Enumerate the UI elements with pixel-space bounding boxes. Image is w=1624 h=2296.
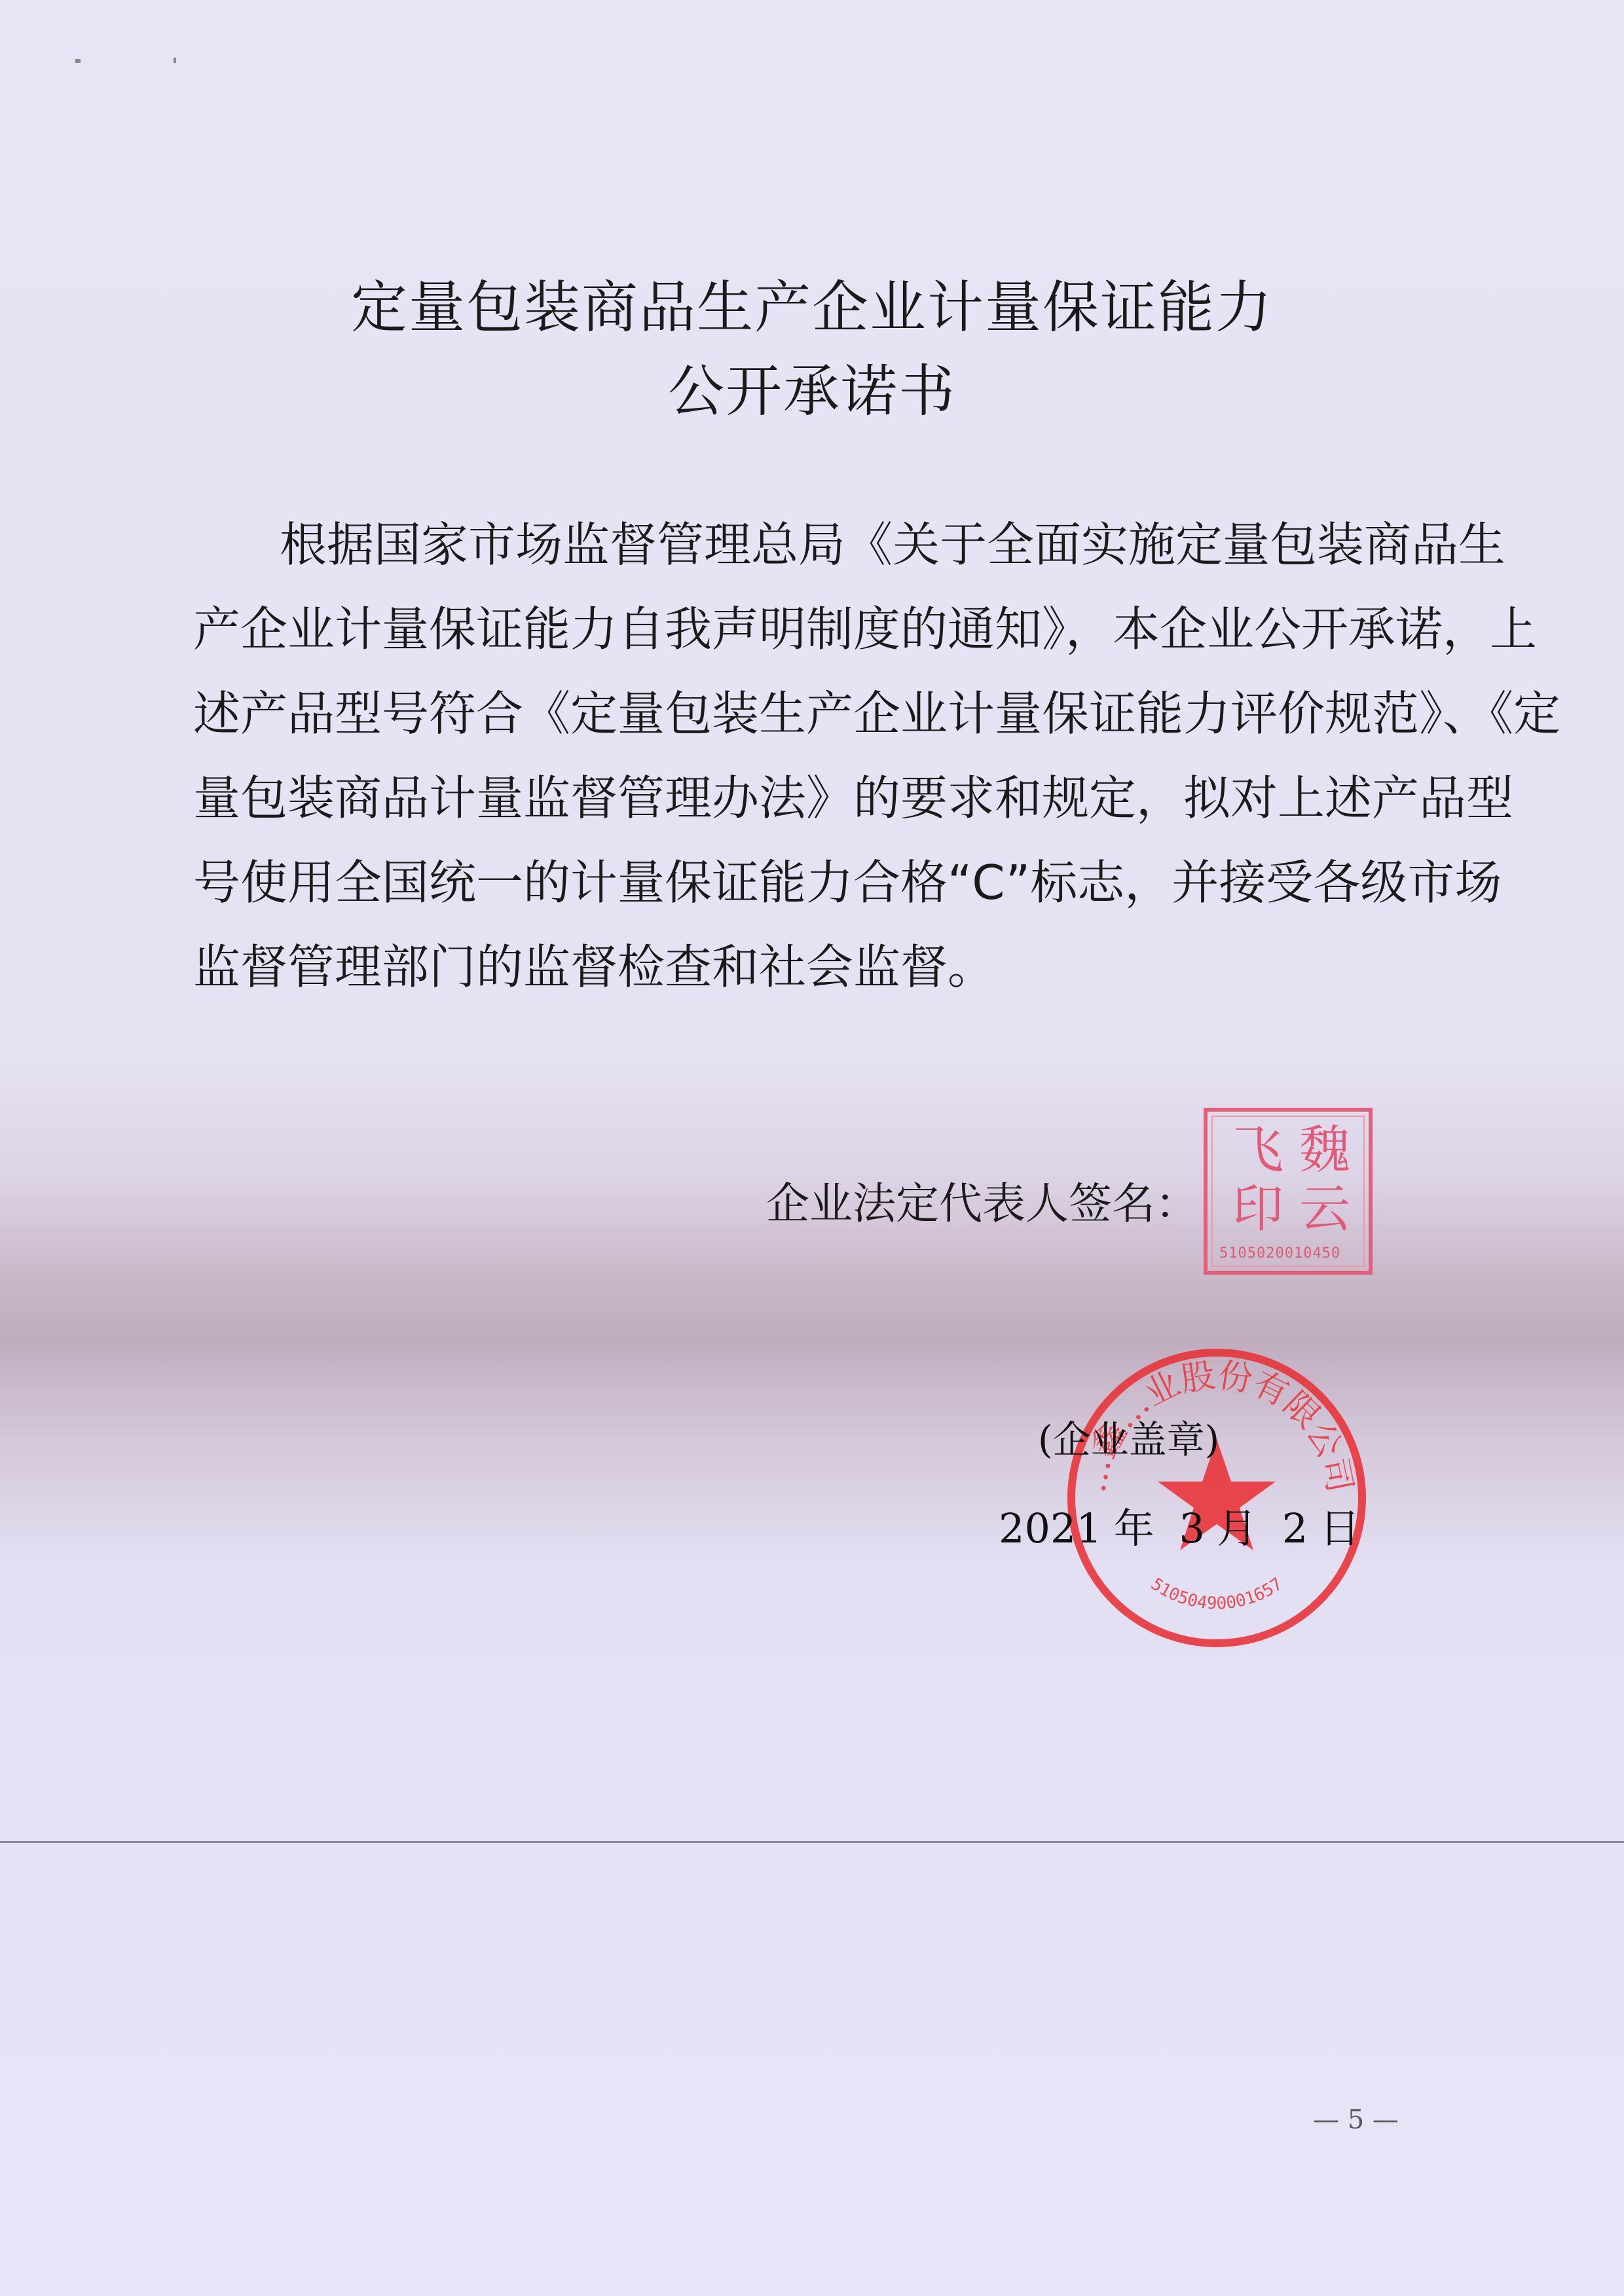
- document-title-line2: 公开承诺书: [0, 346, 1624, 427]
- paragraph-line-4: 量包装商品计量监督管理办法》的要求和规定，拟对上述产品型: [193, 756, 1398, 841]
- paragraph-line-1: 根据国家市场监督管理总局《关于全面实施定量包装商品生: [193, 503, 1398, 587]
- seal-char: 印: [1232, 1184, 1283, 1235]
- signature-label: 企业法定代表人签名：: [766, 1169, 1198, 1231]
- company-stamp-label: (企业盖章): [1038, 1409, 1219, 1464]
- paragraph-line-3: 述产品型号符合《定量包装生产企业计量保证能力评价规范》、《定: [193, 672, 1398, 756]
- scan-speck: [174, 58, 176, 63]
- scan-speck: [75, 59, 81, 63]
- date-day-unit: 日: [1319, 1504, 1360, 1552]
- seal-char: 飞: [1232, 1125, 1283, 1176]
- page-number: — 5 —: [1313, 2105, 1399, 2135]
- scan-fold-line: [0, 1841, 1624, 1843]
- date-year-unit: 年: [1114, 1504, 1154, 1552]
- seal-char: 云: [1299, 1184, 1350, 1235]
- paragraph-line-6: 监督管理部门的监督检查和社会监督。: [193, 925, 1398, 1010]
- date-month: 3: [1179, 1504, 1205, 1552]
- personal-seal-stamp: 飞 魏 印 云 5105020010450: [1204, 1108, 1373, 1275]
- paragraph-line-2: 产企业计量保证能力自我声明制度的通知》，本企业公开承诺，上: [193, 587, 1398, 672]
- date-year: 2021: [999, 1504, 1102, 1552]
- date-day: 2: [1282, 1504, 1308, 1552]
- svg-text:51050490001657: 51050490001657: [1147, 1575, 1286, 1614]
- date-month-unit: 月: [1217, 1504, 1257, 1552]
- commitment-paragraph: 根据国家市场监督管理总局《关于全面实施定量包装商品生 产企业计量保证能力自我声明…: [193, 503, 1398, 1010]
- signing-date: 2021年 3月 2日: [999, 1496, 1372, 1554]
- seal-number: 5105020010450: [1219, 1245, 1340, 1262]
- seal-char: 魏: [1299, 1125, 1350, 1176]
- paragraph-line-5: 号使用全国统一的计量保证能力合格“C”标志，并接受各级市场: [193, 841, 1398, 925]
- document-title-line1: 定量包装商品生产企业计量保证能力: [0, 262, 1624, 343]
